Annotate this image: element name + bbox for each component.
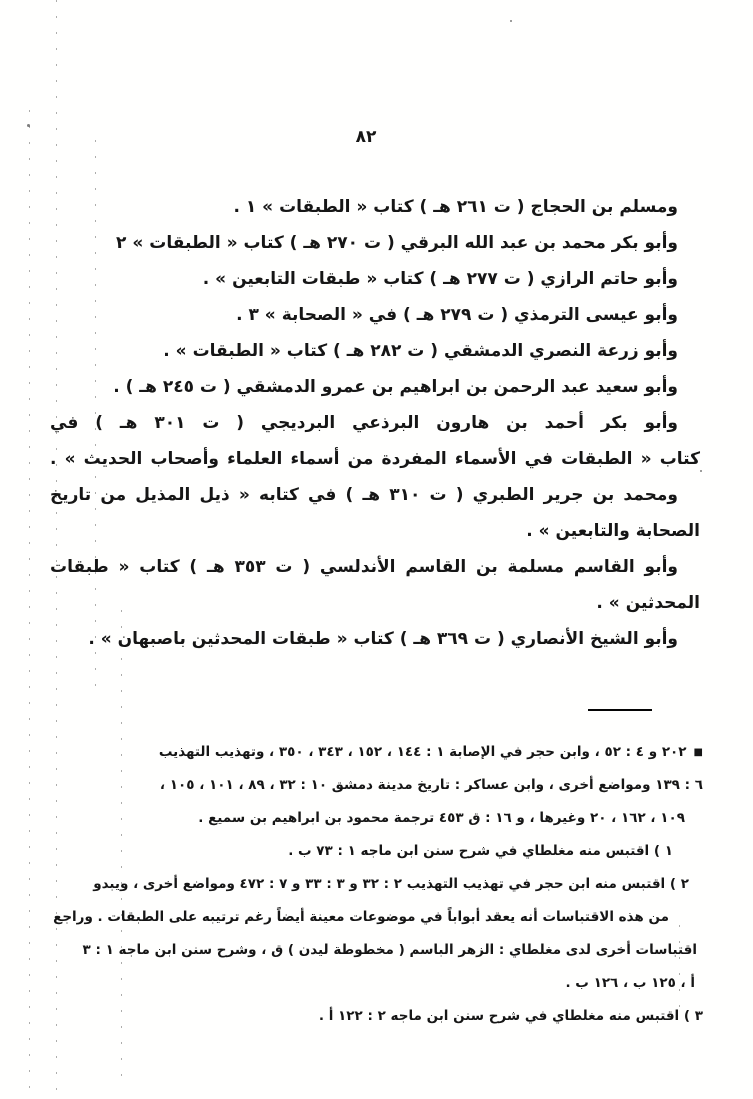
footnote-line: ١ ) اقتبس منه مغلطاي في شرح سنن ابن ماجه… — [46, 835, 703, 868]
scan-artifact — [510, 20, 512, 22]
footnote-line: من هذه الاقتباسات أنه يعقد أبواباً في مو… — [46, 901, 703, 934]
main-text-block: ومسلم بن الحجاج ( ت ٢٦١ هـ ) كتاب « الطب… — [50, 189, 700, 657]
body-line: المحدثين » . — [50, 585, 700, 621]
body-line: وأبو حاتم الرازي ( ت ٢٧٧ هـ ) كتاب « طبق… — [50, 261, 700, 297]
footnote-line: ٢ ) اقتبس منه ابن حجر في تهذيب التهذيب ٢… — [46, 868, 703, 901]
scanned-book-page: ٨٢ ومسلم بن الحجاج ( ت ٢٦١ هـ ) كتاب « ا… — [0, 0, 753, 1099]
scan-artifact — [27, 124, 30, 127]
footnote-line: ٦ : ١٣٩ ومواضع أخرى ، وابن عساكر : تاريخ… — [46, 769, 703, 802]
scan-artifact — [29, 110, 30, 1090]
footnote-line: اقتباسات أخرى لدى مغلطاي : الزهر الباسم … — [46, 934, 703, 967]
scan-artifact — [121, 610, 122, 1090]
continuation-marker: ■ — [694, 736, 703, 769]
footnote-line: أ ، ١٢٥ ب ، ١٢٦ ب . — [46, 967, 703, 1000]
footnote-text: ٢٠٢ و ٤ : ٥٢ ، وابن حجر في الإصابة ١ : ١… — [159, 744, 687, 760]
scan-artifact — [700, 470, 702, 472]
body-line: وأبو عيسى الترمذي ( ت ٢٧٩ هـ ) في « الصح… — [50, 297, 700, 333]
footnote-line: ١٠٩ ، ١٦٢ ، ٢٠ وغيرها ، و ١٦ : ق ٤٥٣ ترج… — [46, 802, 703, 835]
footnotes-block: ■٢٠٢ و ٤ : ٥٢ ، وابن حجر في الإصابة ١ : … — [46, 736, 703, 1033]
scan-artifact — [56, 0, 57, 1099]
footnote-line: ٣ ) اقتبس منه مغلطاي في شرح سنن ابن ماجه… — [46, 1000, 703, 1033]
body-line: وأبو سعيد عبد الرحمن بن ابراهيم بن عمرو … — [50, 369, 700, 405]
footnote-separator — [588, 709, 652, 711]
footnote-line: ■٢٠٢ و ٤ : ٥٢ ، وابن حجر في الإصابة ١ : … — [46, 736, 703, 769]
body-line: ومسلم بن الحجاج ( ت ٢٦١ هـ ) كتاب « الطب… — [50, 189, 700, 225]
scan-artifact — [679, 925, 680, 1010]
body-line: وأبو بكر أحمد بن هارون البرذعي البرديجي … — [50, 405, 700, 441]
page-number: ٨٢ — [334, 127, 398, 147]
scan-artifact — [95, 140, 96, 700]
body-line: وأبو زرعة النصري الدمشقي ( ت ٢٨٢ هـ ) كت… — [50, 333, 700, 369]
body-line: وأبو القاسم مسلمة بن القاسم الأندلسي ( ت… — [50, 549, 700, 585]
body-line: وأبو الشيخ الأنصاري ( ت ٣٦٩ هـ ) كتاب « … — [50, 621, 700, 657]
body-line: ومحمد بن جرير الطبري ( ت ٣١٠ هـ ) في كتا… — [50, 477, 700, 513]
body-line: كتاب « الطبقات في الأسماء المفردة من أسم… — [50, 441, 700, 477]
body-line: الصحابة والتابعين » . — [50, 513, 700, 549]
body-line: وأبو بكر محمد بن عبد الله البرقي ( ت ٢٧٠… — [50, 225, 700, 261]
